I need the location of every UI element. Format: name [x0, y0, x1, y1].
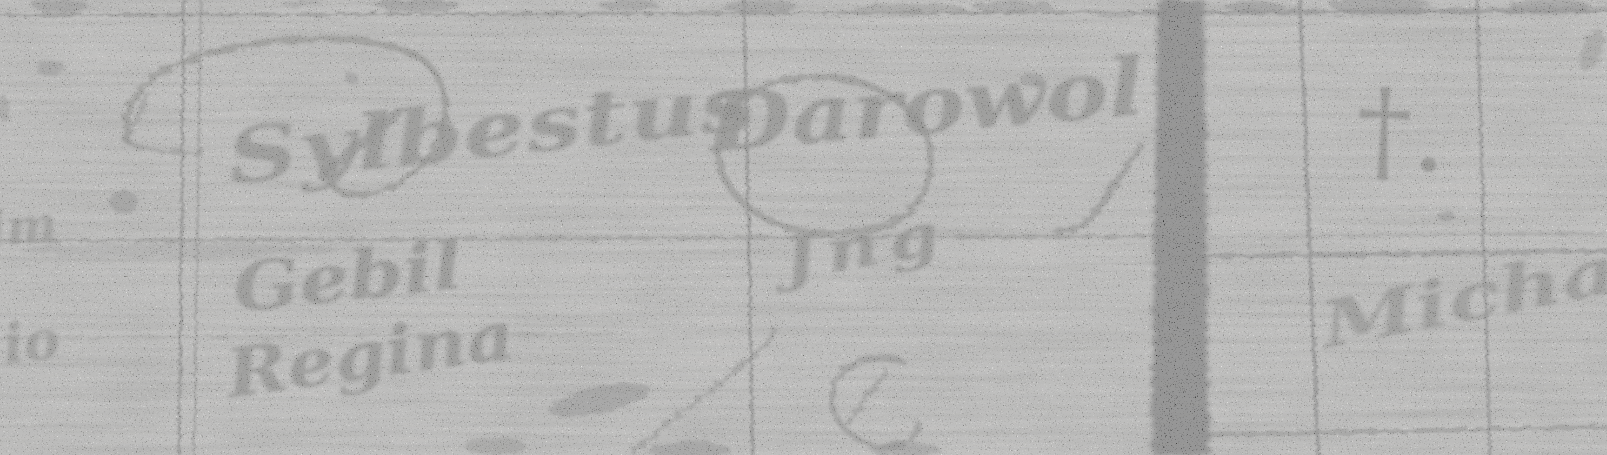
scanned-register-page: im io Sylbestus Darowol Gebil Regina Jng… [0, 0, 1607, 455]
ink-blot [345, 73, 359, 83]
page-gutter-bar [1151, 0, 1209, 455]
edge-smudge [972, 1, 1052, 13]
edge-smudge [1225, 1, 1285, 13]
edge-smudge [722, 0, 798, 14]
cross-period-dot [1438, 210, 1454, 222]
ruling-and-ink-layer [0, 0, 1607, 455]
edge-smudge [855, 3, 965, 15]
edge-smudge [32, 0, 88, 12]
cursive-smear [465, 437, 525, 455]
ink-blot [1020, 73, 1044, 87]
scanline-streaks [0, 0, 1607, 455]
ink-blot [110, 190, 138, 214]
ink-blot [35, 60, 65, 76]
rule-smear [20, 243, 340, 257]
